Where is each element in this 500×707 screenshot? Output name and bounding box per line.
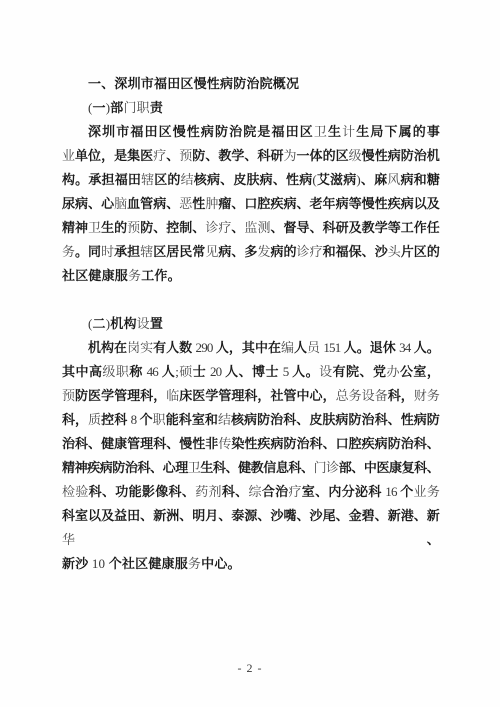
substituted-glyph: 疗: [218, 220, 231, 235]
latin-text: ): [356, 172, 360, 187]
page-number: - 2 -: [0, 660, 500, 676]
substituted-glyph: 设: [319, 364, 332, 379]
text-line: 精神卫生的预防、控制、诊疗、监测、督导、科研及教学等工作任: [62, 216, 439, 240]
substituted-glyph: 结: [181, 172, 194, 187]
substituted-glyph: 卫: [314, 124, 328, 139]
substituted-glyph: 质: [88, 412, 101, 427]
substituted-glyph: 备: [375, 388, 388, 403]
substituted-glyph: 疗: [288, 484, 301, 499]
latin-text: 10: [88, 556, 108, 571]
substituted-glyph: 务: [188, 556, 201, 571]
substituted-glyph: 恶: [179, 196, 192, 211]
section-heading: (一)部门职责: [62, 96, 439, 120]
substituted-glyph: 员: [307, 340, 320, 355]
text-line: 机构在岗实有人数 290 人，其中在编人员 151 人。退休 34 人。: [62, 336, 439, 360]
substituted-glyph: 结: [218, 412, 231, 427]
substituted-glyph: 药: [195, 484, 208, 499]
substituted-glyph: 监: [244, 220, 257, 235]
text-line: 社区健康服务工作。: [62, 264, 439, 288]
latin-text: 290: [192, 340, 216, 355]
latin-text: 8: [127, 412, 139, 427]
substituted-glyph: 门: [314, 460, 327, 475]
substituted-glyph: 检: [62, 484, 75, 499]
substituted-glyph: 编: [281, 340, 294, 355]
substituted-glyph: 职: [116, 364, 129, 379]
substituted-glyph: 华: [62, 532, 427, 547]
latin-text: (: [88, 100, 93, 115]
document-page: 一、深圳市福田区慢性病防治院概况 (一)部门职责深圳市福田区慢性病防治院是福田区…: [0, 0, 500, 707]
substituted-glyph: 综: [248, 484, 261, 499]
substituted-glyph: 风: [387, 172, 400, 187]
substituted-glyph: 为: [284, 148, 297, 163]
substituted-glyph: 疗: [153, 148, 166, 163]
text-line: 新沙 10 个社区健康服务中心。: [62, 552, 439, 576]
text-line: 构。承担福田辖区的结核病、皮肤病、性病(艾滋病)、麻风病和糖: [62, 168, 439, 192]
substituted-glyph: 预: [62, 388, 75, 403]
latin-text: 20: [206, 364, 225, 379]
main-heading: 一、深圳市福田区慢性病防治院概况: [62, 72, 439, 96]
substituted-glyph: 办: [386, 364, 399, 379]
substituted-glyph: 门: [123, 100, 136, 115]
substituted-glyph: 临: [166, 388, 179, 403]
substituted-glyph: 岗: [127, 340, 140, 355]
substituted-glyph: 发: [257, 244, 270, 259]
substituted-glyph: 务: [62, 244, 75, 259]
text-line: 检验科、功能影像科、药剂科、综合治疗室、内分泌科 16 个业务: [62, 480, 439, 504]
text-line: 务。同时承担辖区居民常见病、多发病的诊疗和福保、沙头片区的: [62, 240, 439, 264]
latin-text: 151: [320, 340, 344, 355]
text-line: 深圳市福田区慢性病防治院是福田区卫生计生局下属的事: [62, 120, 439, 144]
substituted-glyph: 时: [101, 244, 114, 259]
substituted-glyph: 级: [102, 364, 115, 379]
substituted-glyph: 预: [127, 220, 140, 235]
substituted-glyph: 务: [349, 388, 362, 403]
substituted-glyph: 业: [62, 148, 75, 163]
latin-text: 5: [279, 364, 292, 379]
substituted-glyph: 卫: [88, 220, 101, 235]
substituted-glyph: 务: [128, 268, 141, 283]
substituted-glyph: 职: [137, 100, 150, 115]
substituted-glyph: 务: [427, 484, 439, 499]
latin-text: (: [88, 316, 93, 331]
text-line: 业单位，是集医疗、预防、教学、科研为一体的区级慢性病防治机: [62, 144, 439, 168]
substituted-glyph: 见: [205, 244, 218, 259]
substituted-glyph: 职: [153, 412, 166, 427]
text-line: 其中高级职称 46 人;硕士 20 人、博士 5 人。设有院、党办公室，: [62, 360, 439, 384]
substituted-glyph: 诊: [205, 220, 218, 235]
substituted-glyph: 设: [362, 388, 375, 403]
substituted-glyph: 总: [336, 388, 349, 403]
substituted-glyph: 业: [414, 484, 427, 499]
substituted-glyph: 财: [414, 388, 427, 403]
substituted-glyph: 诊: [326, 460, 339, 475]
substituted-glyph: 剂: [209, 484, 222, 499]
substituted-glyph: 硕: [178, 364, 193, 379]
latin-text: 34: [396, 340, 414, 355]
text-line: 科，质控科 8 个职能科室和结核病防治科、皮肤病防治科、性病防: [62, 408, 439, 432]
latin-text: ): [106, 100, 111, 115]
document-body: 一、深圳市福田区慢性病防治院概况 (一)部门职责深圳市福田区慢性病防治院是福田区…: [62, 72, 439, 576]
substituted-glyph: 计: [342, 124, 356, 139]
text-line: 尿病、心脑血管病、恶性肿瘤、口腔疾病、老年病等慢性疾病以及: [62, 192, 439, 216]
latin-text: 46: [143, 364, 162, 379]
text-line: 精神疾病防治科、心理卫生科、健教信息科、门诊部、中医康复科、: [62, 456, 439, 480]
substituted-glyph: 辖: [141, 172, 154, 187]
substituted-glyph: 传: [218, 436, 231, 451]
substituted-glyph: 头: [388, 244, 401, 259]
latin-text: ): [106, 316, 111, 331]
substituted-glyph: 验: [75, 484, 88, 499]
latin-text: 16: [382, 484, 401, 499]
substituted-glyph: 脑: [114, 196, 127, 211]
substituted-glyph: 辖: [140, 244, 153, 259]
substituted-glyph: 实: [140, 340, 153, 355]
text-line: 科室以及益田、新洲、明月、泰源、沙嘴、沙尾、金碧、新港、新华、: [62, 504, 439, 552]
substituted-glyph: 级: [349, 148, 362, 163]
substituted-glyph: 测: [257, 220, 270, 235]
latin-text: (: [312, 172, 316, 187]
section-heading: (二)机构设置: [62, 312, 439, 336]
substituted-glyph: 设: [137, 316, 150, 331]
text-line: 预防医学管理科，临床医学管理科，社管中心，总务设备科，财务: [62, 384, 439, 408]
text-line: 治科、健康管理科、慢性非传染性疾病防治科、口腔疾病防治科、: [62, 432, 439, 456]
substituted-glyph: 预: [179, 148, 192, 163]
substituted-glyph: 诊: [297, 244, 310, 259]
substituted-glyph: 肿: [205, 196, 218, 211]
substituted-glyph: 务: [427, 388, 439, 403]
substituted-glyph: 疗: [310, 244, 323, 259]
substituted-glyph: 卫: [188, 460, 201, 475]
